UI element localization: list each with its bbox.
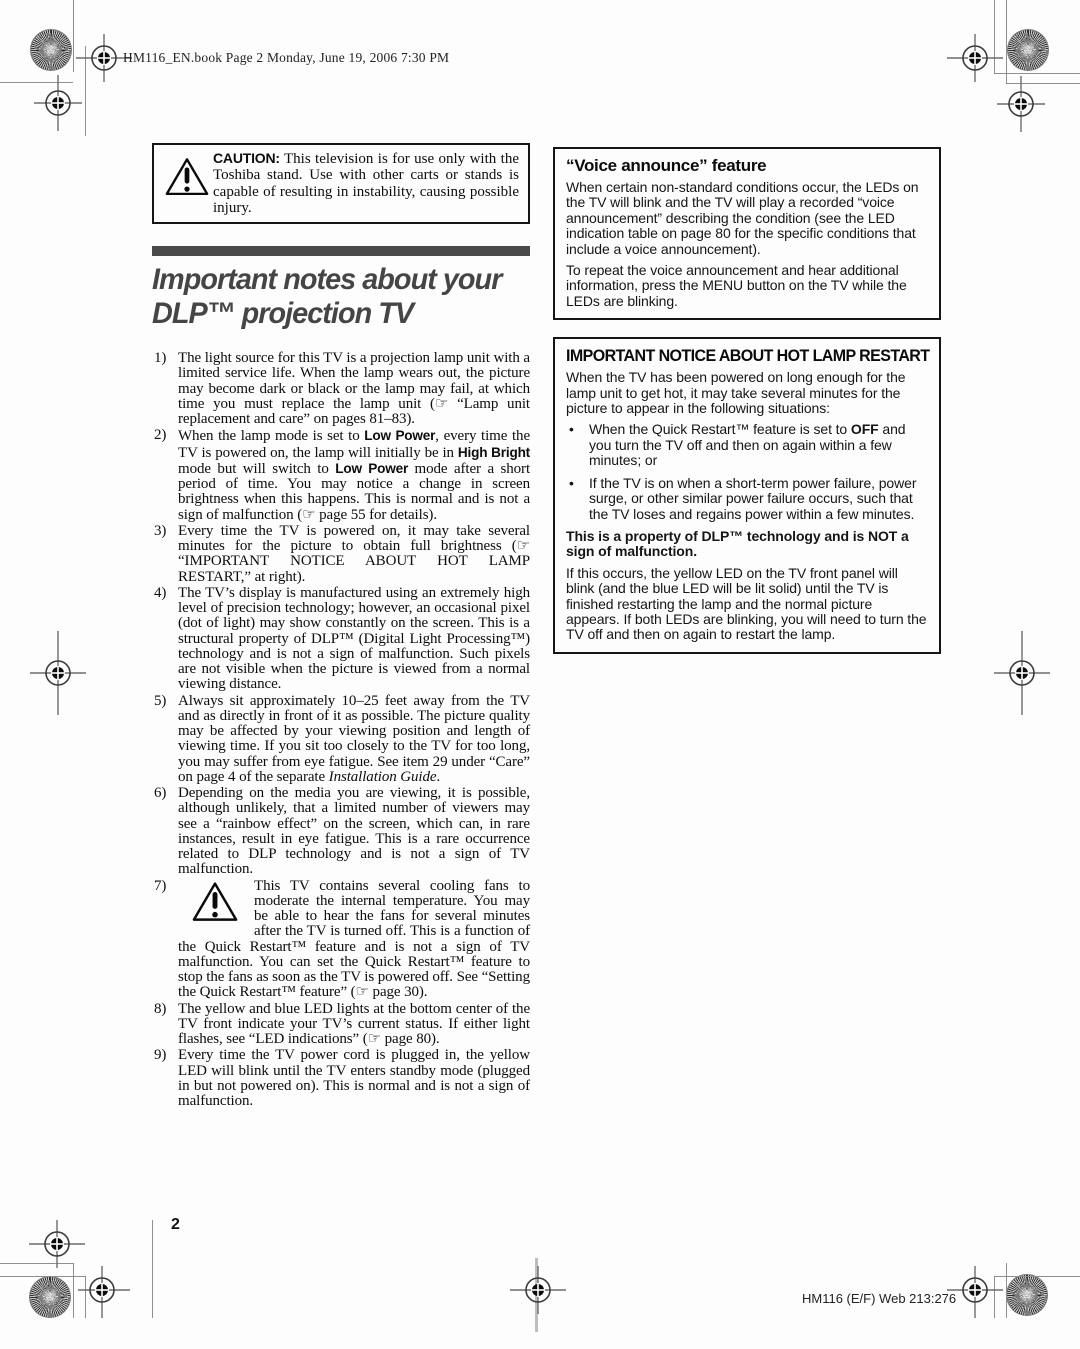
note-item-7: 7) This TV contains several cooling fans…	[152, 879, 530, 1001]
note-item-1: 1) The light source for this TV is a pro…	[152, 351, 530, 427]
note-item-8: 8) The yellow and blue LED lights at the…	[152, 1002, 530, 1048]
registration-crosshair-icon	[993, 76, 1049, 132]
note-text: The yellow and blue LED lights at the bo…	[178, 1001, 530, 1048]
voice-announce-box: “Voice announce” feature When certain no…	[553, 147, 941, 320]
warning-triangle-icon	[161, 150, 213, 216]
note-item-9: 9) Every time the TV power cord is plugg…	[152, 1048, 530, 1109]
hot-lamp-outro: If this occurs, the yellow LED on the TV…	[566, 566, 928, 643]
left-column: CAUTION: This television is for use only…	[152, 143, 530, 1110]
hot-lamp-restart-heading: IMPORTANT NOTICE ABOUT HOT LAMP RESTART	[566, 346, 917, 366]
note-number: 9)	[154, 1048, 166, 1063]
starburst-mark-top-left	[30, 29, 72, 71]
note-number: 4)	[154, 586, 166, 601]
note-number: 7)	[154, 879, 166, 894]
caution-label: CAUTION:	[213, 150, 280, 166]
note-item-2: 2) When the lamp mode is set to Low Powe…	[152, 428, 530, 523]
right-column: “Voice announce” feature When certain no…	[553, 147, 941, 654]
page-title-line1: Important notes about your	[152, 263, 515, 297]
bullet-text: If the TV is on when a short-term power …	[589, 476, 928, 522]
footer-reference: HM116 (E/F) Web 213:276	[802, 1291, 956, 1306]
bullet-icon: •	[566, 476, 589, 522]
page-title-line2: DLP™ projection TV	[152, 297, 515, 331]
starburst-mark-bottom-right	[1006, 1274, 1048, 1316]
title-rule-bar	[152, 246, 530, 256]
voice-announce-paragraph-2: To repeat the voice announcement and hea…	[566, 263, 928, 309]
note-item-6: 6) Depending on the media you are viewin…	[152, 786, 530, 878]
crop-line	[73, 0, 74, 72]
bullet-icon: •	[566, 422, 589, 468]
registration-crosshair-icon	[30, 75, 86, 131]
hot-lamp-bold-note: This is a property of DLP™ technology an…	[566, 529, 928, 560]
registration-crosshair-icon	[947, 1262, 1003, 1318]
voice-announce-heading: “Voice announce” feature	[566, 156, 928, 176]
note-text: The light source for this TV is a projec…	[178, 350, 530, 427]
crop-line	[1006, 1263, 1007, 1318]
registration-crosshair-icon	[510, 1262, 566, 1318]
caution-text: CAUTION: This television is for use only…	[213, 150, 519, 216]
note-item-4: 4) The TV’s display is manufactured usin…	[152, 586, 530, 693]
bullet-item-1: • When the Quick Restart™ feature is set…	[566, 422, 928, 468]
crop-line	[152, 1220, 153, 1318]
note-number: 5)	[154, 694, 166, 709]
note-text: When the lamp mode is set to Low Power, …	[178, 428, 530, 522]
crop-line	[1006, 0, 1007, 83]
note-number: 3)	[154, 524, 166, 539]
note-number: 6)	[154, 786, 166, 801]
page-number: 2	[171, 1216, 180, 1234]
registration-crosshair-icon	[994, 631, 1078, 715]
registration-crosshair-icon	[30, 631, 114, 715]
hot-lamp-restart-box: IMPORTANT NOTICE ABOUT HOT LAMP RESTART …	[553, 337, 941, 654]
note-text: Every time the TV is powered on, it may …	[178, 523, 530, 585]
note-number: 8)	[154, 1002, 166, 1017]
bullet-text: When the Quick Restart™ feature is set t…	[589, 422, 928, 468]
note-text: Every time the TV power cord is plugged …	[178, 1047, 530, 1109]
voice-announce-paragraph-1: When certain non-standard conditions occ…	[566, 180, 928, 257]
caution-box: CAUTION: This television is for use only…	[152, 143, 530, 224]
note-item-5: 5) Always sit approximately 10–25 feet a…	[152, 694, 530, 786]
note-number: 2)	[154, 428, 166, 443]
note-text: Depending on the media you are viewing, …	[178, 785, 530, 877]
starburst-mark-bottom-left	[29, 1276, 71, 1318]
page-title: Important notes about your DLP™ projecti…	[152, 263, 515, 331]
hot-lamp-intro: When the TV has been powered on long eno…	[566, 370, 928, 416]
note-number: 1)	[154, 351, 166, 366]
note-text: This TV contains several cooling fans to…	[178, 878, 530, 1001]
note-text: Always sit approximately 10–25 feet away…	[178, 693, 530, 785]
crop-line	[994, 73, 1080, 74]
note-item-3: 3) Every time the TV is powered on, it m…	[152, 524, 530, 585]
warning-triangle-icon	[192, 880, 238, 930]
note-text: The TV’s display is manufactured using a…	[178, 585, 530, 693]
starburst-mark-top-right	[1007, 29, 1049, 71]
registration-crosshair-icon	[74, 1262, 130, 1318]
important-notes-list: 1) The light source for this TV is a pro…	[152, 351, 530, 1109]
bullet-item-2: • If the TV is on when a short-term powe…	[566, 476, 928, 522]
document-header-line: HM116_EN.book Page 2 Monday, June 19, 20…	[123, 50, 449, 66]
